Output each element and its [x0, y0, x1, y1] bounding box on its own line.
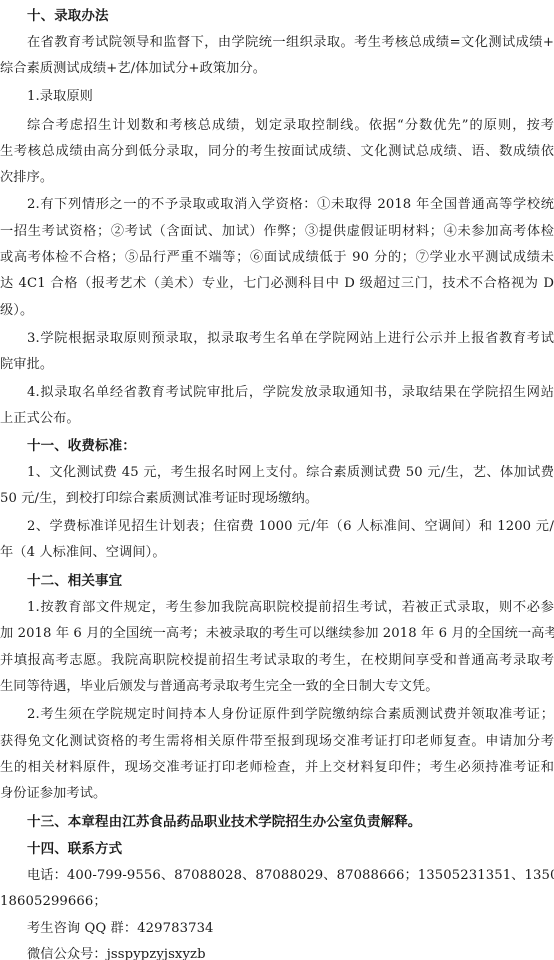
section-10-intro-line-2: 综合素质测试成绩+艺/体加试分+政策加分。: [0, 60, 554, 78]
matters-1-line-3: 并填报高考志愿。我院高职院校提前招生考试录取的考生，在校期间享受和普通高考录取考: [0, 652, 554, 670]
section-14-heading: 十四、联系方式: [27, 840, 554, 858]
section-13-heading: 十三、本章程由江苏食品药品职业技术学院招生办公室负责解释。: [27, 813, 554, 831]
matters-1-line-1: 1.按教育部文件规定，考生参加我院高职院校提前招生考试，若被正式录取，则不必参: [27, 599, 554, 617]
section-10-heading: 十、录取办法: [27, 7, 554, 25]
section-11-heading: 十一、收费标准：: [27, 437, 554, 455]
document-page: 十、录取办法 在省教育考试院领导和监督下，由学院统一组织录取。考生考核总成绩=文…: [0, 0, 554, 960]
tuition-line-2: 年（4 人标准间、空调间）。: [0, 544, 554, 562]
tuition-line-1: 2、学费标准详见招生计划表；住宿费 1000 元/年（6 人标准间、空调间）和 …: [27, 518, 554, 536]
disqualification-line-3: 或高考体检不合格；⑤品行严重不端等；⑥面试成绩低于 90 分的；⑦学业水平测试成…: [0, 249, 554, 267]
fee-line-2: 50 元/生，到校打印综合素质测试准考证时现场缴纳。: [0, 490, 554, 508]
disqualification-line-1: 2.有下列情形之一的不予录取或取消入学资格：①未取得 2018 年全国普通高等学…: [27, 196, 554, 214]
fee-line-1: 1、文化测试费 45 元，考生报名时网上支付。综合素质测试费 50 元/生，艺、…: [27, 464, 554, 482]
section-10-intro-line-1: 在省教育考试院领导和监督下，由学院统一组织录取。考生考核总成绩=文化测试成绩+: [27, 34, 554, 52]
contact-wechat: 微信公众号：jsspypzyjsxyzb: [27, 946, 554, 960]
matters-2-line-1: 2.考生须在学院规定时间持本人身份证原件到学院缴纳综合素质测试费并领取准考证；: [27, 706, 554, 724]
matters-2-line-3: 生的相关材料原件，现场交准考证打印老师检查，并上交材料复印件；考生必须持准考证和: [0, 759, 554, 777]
pre-admission-line-1: 3.学院根据录取原则预录取，拟录取考生名单在学院网站上进行公示并上报省教育考试: [27, 330, 554, 348]
disqualification-line-5: 级）。: [0, 302, 554, 320]
matters-2-line-4: 身份证参加考试。: [0, 785, 554, 803]
matters-2-line-2: 获得免文化测试资格的考生需将相关原件带至报到现场交准考证打印老师复查。申请加分考: [0, 733, 554, 751]
contact-qq-group: 考生咨询 QQ 群：429783734: [27, 920, 554, 938]
admission-principle-title: 1.录取原则: [27, 88, 554, 106]
admission-principle-line-1: 综合考虑招生计划数和考核总成绩，划定录取控制线。依据“分数优先”的原则，按考: [27, 117, 554, 135]
admission-notice-line-2: 上正式公布。: [0, 410, 554, 428]
admission-notice-line-1: 4.拟录取名单经省教育考试院审批后，学院发放录取通知书，录取结果在学院招生网站: [27, 384, 554, 402]
contact-phone-line-1: 电话：400-799-9556、87088028、87088029、870886…: [27, 867, 554, 885]
admission-principle-line-3: 次排序。: [0, 169, 554, 187]
matters-1-line-4: 生同等待遇，毕业后颁发与普通高考录取考生完全一致的全日制大专文凭。: [0, 678, 554, 696]
section-12-heading: 十二、相关事宜: [27, 572, 554, 590]
admission-principle-line-2: 生考核总成绩由高分到低分录取，同分的考生按面试成绩、文化测试总成绩、语、数成绩依: [0, 143, 554, 161]
contact-phone-line-2: 18605299666；: [0, 893, 554, 911]
matters-1-line-2: 加 2018 年 6 月的全国统一高考；未被录取的考生可以继续参加 2018 年…: [0, 625, 554, 643]
pre-admission-line-2: 院审批。: [0, 356, 554, 374]
disqualification-line-4: 达 4C1 合格（报考艺术（美术）专业，七门必测科目中 D 级超过三门，技术不合…: [0, 275, 554, 293]
disqualification-line-2: 一招生考试资格；②考试（含面试、加试）作弊；③提供虚假证明材料；④未参加高考体检: [0, 223, 554, 241]
